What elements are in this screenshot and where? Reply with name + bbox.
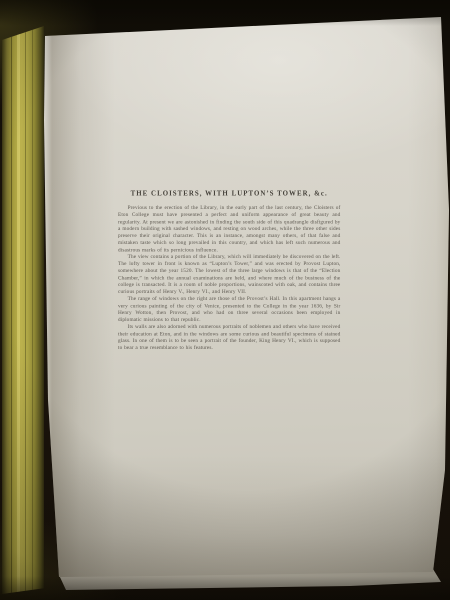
letterpress-text-block: THE CLOISTERS, WITH LUPTON’S TOWER, &c. …	[118, 189, 340, 352]
plate-paragraph-2: The view contains a portion of the Libra…	[118, 254, 340, 296]
book-page: THE CLOISTERS, WITH LUPTON’S TOWER, &c. …	[0, 0, 450, 600]
plate-paragraph-3: The range of windows on the right are th…	[118, 296, 340, 324]
plate-paragraph-4: Its walls are also adorned with numerous…	[118, 324, 340, 352]
photo-of-book-page: THE CLOISTERS, WITH LUPTON’S TOWER, &c. …	[0, 0, 450, 600]
plate-paragraph-1: Previous to the erection of the Library,…	[118, 205, 340, 254]
book-fore-edge	[2, 20, 44, 594]
plate-title: THE CLOISTERS, WITH LUPTON’S TOWER, &c.	[118, 189, 340, 197]
